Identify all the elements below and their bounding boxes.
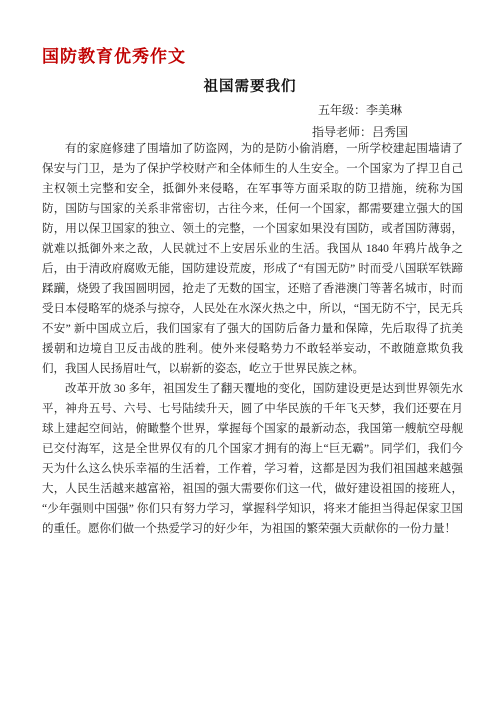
- byline-grade: 五年级：李美琳: [312, 99, 408, 121]
- essay-body: 有的家庭修建了围墙加了防盗网，为的是防小偷消磨，一所学校建起围墙请了保安与门卫，…: [42, 139, 463, 539]
- byline-block: 五年级：李美琳 指导老师：吕秀国: [312, 99, 408, 143]
- document-page: 国防教育优秀作文 祖国需要我们 五年级：李美琳 指导老师：吕秀国 有的家庭修建了…: [0, 0, 500, 708]
- essay-paragraph-2: 改革开放 30 多年，祖国发生了翻天覆地的变化，国防建设更是达到世界领先水平，神…: [42, 379, 463, 539]
- essay-title: 祖国需要我们: [0, 75, 500, 96]
- category-label: 国防教育优秀作文: [42, 42, 186, 67]
- essay-paragraph-1: 有的家庭修建了围墙加了防盗网，为的是防小偷消磨，一所学校建起围墙请了保安与门卫，…: [42, 139, 463, 379]
